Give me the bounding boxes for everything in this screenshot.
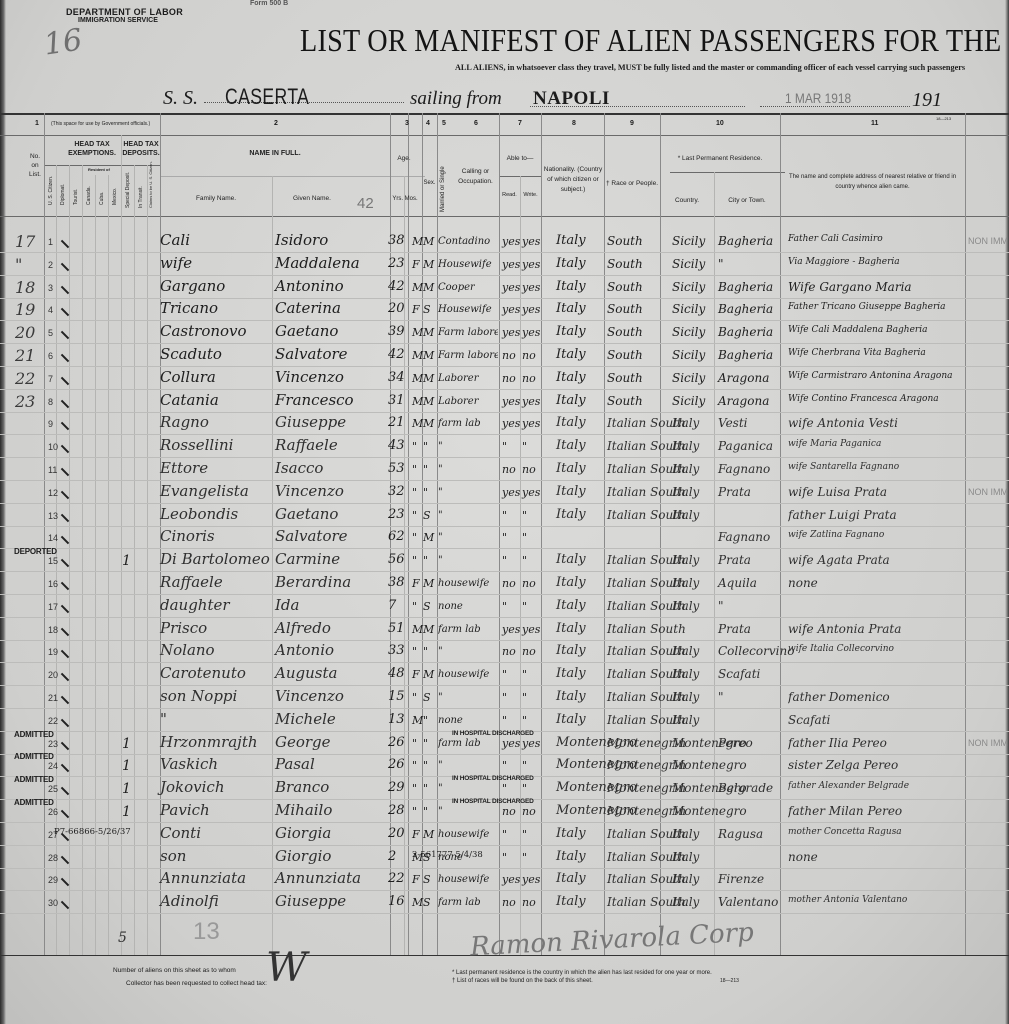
nationality-cell: Italy xyxy=(556,393,586,408)
write-cell: " xyxy=(522,782,527,795)
given-name-cell: George xyxy=(275,733,331,751)
occupation-cell: housewife xyxy=(438,874,489,885)
row-rule xyxy=(0,594,1009,595)
footnote-residence: * Last permanent residence is the countr… xyxy=(452,970,712,976)
given-name-cell: Vincenzo xyxy=(275,368,344,386)
row-rule xyxy=(0,434,1009,435)
check-mark-icon xyxy=(61,536,69,544)
nationality-cell: Italy xyxy=(556,415,586,430)
occupation-cell: Laborer xyxy=(438,396,479,407)
subcol-divider xyxy=(147,165,148,955)
sailing-label: sailing from xyxy=(410,88,502,110)
header-resident-of: Resident of xyxy=(88,167,110,172)
occupation-cell: Farm laborer xyxy=(438,350,498,361)
row-rule xyxy=(0,662,1009,663)
family-name-cell: Cali xyxy=(160,231,190,249)
country-cell: Italy xyxy=(672,667,699,681)
header-calling: Calling or Occupation. xyxy=(452,167,499,187)
age-cell: 62 xyxy=(388,529,405,544)
check-mark-icon xyxy=(61,308,69,316)
sex-cell: " xyxy=(412,691,417,704)
marital-status-cell: M xyxy=(423,349,434,362)
residence-split-rule xyxy=(670,172,785,173)
row-number: 24 xyxy=(48,761,58,771)
footer-count-line2: Collector has been requested to collect … xyxy=(126,980,267,987)
department-label: DEPARTMENT OF LABOR xyxy=(66,7,183,17)
row-number: 20 xyxy=(48,670,58,680)
header-yrs-mos: Yrs. Mos. xyxy=(388,196,422,202)
row-number: 14 xyxy=(48,533,58,543)
row-rule xyxy=(0,913,1009,914)
row-rule xyxy=(0,343,1009,344)
age-cell: 28 xyxy=(388,803,405,818)
marital-status-cell: S xyxy=(423,509,431,522)
write-cell: yes xyxy=(522,873,540,886)
row-number: 4 xyxy=(48,305,53,315)
header-claims-us-citizen: Claims to be U. S. Citizen. xyxy=(148,161,153,208)
marital-status-cell: " xyxy=(423,759,428,772)
list-number: 23 xyxy=(15,392,35,411)
nationality-cell: Italy xyxy=(556,324,586,339)
given-name-cell: Vincenzo xyxy=(275,482,344,500)
occupation-cell: Laborer xyxy=(438,373,479,384)
given-name-cell: Salvatore xyxy=(275,527,348,545)
race-cell: South xyxy=(607,257,643,271)
row-rule xyxy=(0,890,1009,891)
write-cell: yes xyxy=(522,623,540,636)
check-mark-icon xyxy=(61,491,69,499)
occupation-cell: Contadino xyxy=(438,236,490,247)
city-cell: " xyxy=(718,599,724,613)
nationality-cell: Italy xyxy=(556,894,586,909)
row-number: 8 xyxy=(48,397,53,407)
tax-mark: 1 xyxy=(122,758,131,774)
status-stamp: ADMITTED xyxy=(14,730,54,739)
country-cell: Montenegro xyxy=(672,758,747,772)
row-number: 1 xyxy=(48,237,53,247)
read-cell: " xyxy=(502,782,507,795)
given-name-cell: Mihailo xyxy=(275,801,332,819)
header-able-to: Able to— xyxy=(499,155,541,162)
row-rule xyxy=(0,868,1009,869)
list-number: 19 xyxy=(15,300,35,319)
read-cell: no xyxy=(502,896,516,909)
row-number: 25 xyxy=(48,784,58,794)
status-stamp: ADMITTED xyxy=(14,752,54,761)
write-cell: " xyxy=(522,851,527,864)
family-name-cell: " xyxy=(160,710,167,728)
read-cell: no xyxy=(502,577,516,590)
name-split-rule xyxy=(160,176,425,177)
race-cell: South xyxy=(607,371,643,385)
write-cell: yes xyxy=(522,326,540,339)
occupation-cell: " xyxy=(438,646,443,657)
row-number: 22 xyxy=(48,716,58,726)
occupation-cell: " xyxy=(438,760,443,771)
given-name-cell: Raffaele xyxy=(275,436,338,454)
occupation-cell: farm lab xyxy=(438,897,481,908)
read-cell: no xyxy=(502,349,516,362)
nationality-cell: Italy xyxy=(556,347,586,362)
read-cell: no xyxy=(502,645,516,658)
country-cell: Italy xyxy=(672,553,699,567)
occupation-cell: " xyxy=(438,464,443,475)
marital-status-cell: S xyxy=(423,873,431,886)
city-cell: Bagheria xyxy=(718,348,773,362)
relative-cell: Wife Carmistraro Antonina Aragona xyxy=(788,371,952,381)
sex-cell: M xyxy=(412,851,423,864)
marital-status-cell: S xyxy=(423,600,431,613)
age-cell: 23 xyxy=(388,507,405,522)
colnum-7: 7 xyxy=(518,120,522,127)
nationality-cell: Italy xyxy=(556,552,586,567)
write-cell: " xyxy=(522,714,527,727)
sex-cell: " xyxy=(412,486,417,499)
relative-cell: wife Santarella Fagnano xyxy=(788,462,899,472)
check-mark-icon xyxy=(61,263,69,271)
age-cell: 33 xyxy=(388,643,405,658)
given-name-cell: Giorgia xyxy=(275,824,331,842)
family-name-cell: Raffaele xyxy=(160,573,223,591)
row-rule xyxy=(0,320,1009,321)
list-number: 17 xyxy=(15,232,35,251)
form-number: Form 500 B xyxy=(250,0,288,7)
marital-status-cell: " xyxy=(423,782,428,795)
race-cell: South xyxy=(607,234,643,248)
sex-cell: " xyxy=(412,509,417,522)
row-number: 19 xyxy=(48,647,58,657)
age-cell: 2 xyxy=(388,849,396,864)
colnum-10: 10 xyxy=(716,120,724,127)
occupation-cell: Cooper xyxy=(438,282,475,293)
write-cell: " xyxy=(522,554,527,567)
list-number: 20 xyxy=(15,323,35,342)
city-cell: Prata xyxy=(718,622,751,636)
occupation-cell: " xyxy=(438,555,443,566)
scan-edge-right xyxy=(1005,0,1009,1024)
race-cell: South xyxy=(607,348,643,362)
write-cell: " xyxy=(522,759,527,772)
header-head-tax-deposits: HEAD TAX DEPOSITS. xyxy=(122,140,160,158)
occupation-cell: none xyxy=(438,601,463,612)
age-cell: 39 xyxy=(388,324,405,339)
read-cell: yes xyxy=(502,303,520,316)
header-sex: Sex. xyxy=(422,180,437,186)
city-cell: Collecorvino xyxy=(718,644,794,658)
country-cell: Italy xyxy=(672,416,699,430)
country-cell: Italy xyxy=(672,508,699,522)
row-number: 2 xyxy=(48,260,53,270)
check-mark-icon xyxy=(61,240,69,248)
col-divider xyxy=(965,113,966,955)
header-mexico: Mexico. xyxy=(112,188,118,205)
relative-cell: Father Tricano Giuseppe Bagheria xyxy=(788,302,946,312)
header-last-residence: * Last Permanent Residence. xyxy=(660,155,780,162)
nationality-cell: Italy xyxy=(556,484,586,499)
row-rule xyxy=(0,640,1009,641)
date-stamp: 1 MAR 1918 xyxy=(785,90,851,106)
age-cell: 48 xyxy=(388,666,405,681)
city-cell: Prata xyxy=(718,485,751,499)
occupation-cell: " xyxy=(438,441,443,452)
colnum-6: 6 xyxy=(474,120,478,127)
check-mark-icon xyxy=(61,810,69,818)
age-cell: 23 xyxy=(388,256,405,271)
city-cell: Bagheria xyxy=(718,234,773,248)
header-country: Country. xyxy=(660,197,714,204)
row-number: 29 xyxy=(48,875,58,885)
service-label: IMMIGRATION SERVICE xyxy=(78,17,158,24)
header-bottom-rule xyxy=(0,216,1009,217)
race-cell: South xyxy=(607,302,643,316)
sex-cell: M xyxy=(412,417,423,430)
family-name-cell: Carotenuto xyxy=(160,664,246,682)
country-cell: Italy xyxy=(672,485,699,499)
relative-cell: Father Cali Casimiro xyxy=(788,234,883,244)
header-age: Age. xyxy=(390,155,418,162)
colnum-1: 1 xyxy=(35,120,39,127)
country-cell: Sicily xyxy=(672,234,705,248)
non-immigrant-stamp: NON IMM xyxy=(968,738,1008,748)
relative-cell: mother Antonia Valentano xyxy=(788,895,907,905)
write-cell: yes xyxy=(522,737,540,750)
family-name-cell: wife xyxy=(160,254,192,272)
city-cell: " xyxy=(718,257,724,271)
write-cell: no xyxy=(522,349,536,362)
row-rule xyxy=(0,822,1009,823)
family-name-cell: Catania xyxy=(160,391,219,409)
colnum-11: 11 xyxy=(871,120,878,127)
port-name: NAPOLI xyxy=(533,88,610,110)
family-name-cell: Tricano xyxy=(160,299,218,317)
check-mark-icon xyxy=(61,422,69,430)
check-mark-icon xyxy=(61,696,69,704)
family-name-cell: Nolano xyxy=(160,641,215,659)
city-cell: Fagnano xyxy=(718,462,770,476)
status-stamp: ADMITTED xyxy=(14,798,54,807)
write-cell: yes xyxy=(522,417,540,430)
age-cell: 26 xyxy=(388,757,405,772)
row-number: 28 xyxy=(48,853,58,863)
read-cell: yes xyxy=(502,235,520,248)
page-subtitle: ALL ALIENS, in whatsoever class they tra… xyxy=(455,63,965,72)
non-immigrant-stamp: NON IMM xyxy=(968,487,1008,497)
relative-cell: wife Zatlina Fagnano xyxy=(788,530,884,540)
age-cell: 43 xyxy=(388,438,405,453)
country-cell: Italy xyxy=(672,576,699,590)
marital-status-cell: S xyxy=(423,303,431,316)
header-name-in-full: NAME IN FULL. xyxy=(160,150,390,157)
given-name-cell: Francesco xyxy=(275,391,354,409)
row-number: 5 xyxy=(48,328,53,338)
marital-status-cell: S xyxy=(423,691,431,704)
header-write: Write. xyxy=(520,192,541,198)
city-cell: Aragona xyxy=(718,394,769,408)
read-cell: " xyxy=(502,554,507,567)
given-name-cell: Isidoro xyxy=(275,231,328,249)
check-mark-icon xyxy=(61,513,69,521)
header-tourist: Tourist. xyxy=(73,189,79,205)
country-cell: Italy xyxy=(672,895,699,909)
scan-edge-left xyxy=(0,0,6,1024)
family-name-cell: Prisco xyxy=(160,619,207,637)
family-name-cell: son xyxy=(160,847,186,865)
write-cell: no xyxy=(522,896,536,909)
check-mark-icon xyxy=(61,285,69,293)
age-cell: 38 xyxy=(388,233,405,248)
given-name-cell: Isacco xyxy=(275,459,323,477)
row-rule xyxy=(0,571,1009,572)
family-name-cell: Collura xyxy=(160,368,216,386)
city-cell: Bagheria xyxy=(718,325,773,339)
row-rule xyxy=(0,252,1009,253)
marital-status-cell: " xyxy=(423,554,428,567)
header-in-transit: In Transit. xyxy=(138,186,144,208)
nationality-cell: Italy xyxy=(556,826,586,841)
age-cell: 42 xyxy=(388,279,405,294)
age-cell: 21 xyxy=(388,415,405,430)
subcol-divider xyxy=(134,165,135,955)
row-rule xyxy=(0,366,1009,367)
relative-cell: wife Luisa Prata xyxy=(788,485,887,499)
header-us-citizen: U. S. Citizen. xyxy=(48,176,54,205)
sex-cell: M xyxy=(412,326,423,339)
relative-cell: wife Agata Prata xyxy=(788,553,890,567)
check-mark-icon xyxy=(61,627,69,635)
row-number: 6 xyxy=(48,351,53,361)
relative-cell: Wife Gargano Maria xyxy=(788,280,912,294)
check-mark-icon xyxy=(61,673,69,681)
given-name-cell: Maddalena xyxy=(275,254,360,272)
country-cell: Sicily xyxy=(672,302,705,316)
read-cell: no xyxy=(502,805,516,818)
header-city: City or Town. xyxy=(714,197,780,204)
col-divider xyxy=(604,113,605,955)
read-cell: yes xyxy=(502,873,520,886)
col-divider xyxy=(541,113,542,955)
row-number: 9 xyxy=(48,419,53,429)
family-name-cell: Ragno xyxy=(160,413,209,431)
row-number: 11 xyxy=(48,465,57,475)
relative-cell: mother Concetta Ragusa xyxy=(788,827,902,837)
write-cell: yes xyxy=(522,281,540,294)
check-mark-icon xyxy=(61,582,69,590)
age-cell: 20 xyxy=(388,301,405,316)
row-rule xyxy=(0,503,1009,504)
city-cell: Bagheria xyxy=(718,302,773,316)
check-mark-icon xyxy=(61,331,69,339)
tax-mark: 1 xyxy=(122,781,131,797)
age-cell: 20 xyxy=(388,826,405,841)
marital-status-cell: " xyxy=(423,440,428,453)
nationality-cell: Italy xyxy=(556,438,586,453)
col-divider xyxy=(44,113,45,955)
given-name-cell: Giuseppe xyxy=(275,892,346,910)
write-cell: no xyxy=(522,372,536,385)
sex-cell: F xyxy=(412,828,420,841)
form-code-bottom: 18—213 xyxy=(720,978,739,984)
sex-cell: M xyxy=(412,372,423,385)
age-cell: 42 xyxy=(388,347,405,362)
relative-cell: none xyxy=(788,576,818,590)
occupation-cell: housewife xyxy=(438,829,489,840)
check-mark-icon xyxy=(61,650,69,658)
sex-cell: " xyxy=(412,600,417,613)
write-cell: " xyxy=(522,691,527,704)
family-name-cell: Annunziata xyxy=(160,869,246,887)
write-cell: no xyxy=(522,645,536,658)
age-cell: 51 xyxy=(388,621,405,636)
race-cell: South xyxy=(607,394,643,408)
colnum-9: 9 xyxy=(630,120,634,127)
family-name-cell: Pavich xyxy=(160,801,210,819)
check-mark-icon xyxy=(61,445,69,453)
country-cell: Sicily xyxy=(672,371,705,385)
read-cell: " xyxy=(502,600,507,613)
family-name-cell: Leobondis xyxy=(160,505,238,523)
nationality-cell: Italy xyxy=(556,621,586,636)
form-code-top: 18—213 xyxy=(936,116,951,121)
occupation-cell: " xyxy=(438,532,443,543)
row-number: 15 xyxy=(48,556,58,566)
age-cell: 26 xyxy=(388,735,405,750)
sex-cell: F xyxy=(412,577,420,590)
manifest-page: Form 500 B DEPARTMENT OF LABOR IMMIGRATI… xyxy=(0,0,1009,1024)
row-rule xyxy=(0,617,1009,618)
occupation-cell: " xyxy=(438,806,443,817)
age-cell: 7 xyxy=(388,598,396,613)
occupation-cell: none xyxy=(438,715,463,726)
check-mark-icon xyxy=(61,764,69,772)
year-prefix: 191 xyxy=(912,89,942,112)
relative-cell: none xyxy=(788,850,818,864)
occupation-cell: " xyxy=(438,510,443,521)
given-name-cell: Giorgio xyxy=(275,847,331,865)
header-cuba: Cuba. xyxy=(99,192,105,205)
marital-status-cell: S xyxy=(423,896,431,909)
sex-cell: F xyxy=(412,258,420,271)
header-race: † Race or People. xyxy=(604,180,660,187)
header-special-deposit: Special Deposit. xyxy=(125,172,131,208)
country-cell: Montenegro xyxy=(672,804,747,818)
marital-status-cell: M xyxy=(423,668,434,681)
check-mark-icon xyxy=(61,399,69,407)
family-name-cell: Conti xyxy=(160,824,201,842)
row-rule xyxy=(0,708,1009,709)
occupation-cell: Housewife xyxy=(438,304,492,315)
page-title: LIST OR MANIFEST OF ALIEN PASSENGERS FOR… xyxy=(300,22,1009,59)
city-cell: Fagnano xyxy=(718,530,770,544)
marital-status-cell: " xyxy=(423,805,428,818)
write-cell: " xyxy=(522,668,527,681)
sex-cell: " xyxy=(412,531,417,544)
subcol-divider xyxy=(714,172,715,955)
write-cell: " xyxy=(522,600,527,613)
family-name-cell: Castronovo xyxy=(160,322,247,340)
given-name-cell: Annunziata xyxy=(275,869,361,887)
relative-cell: Wife Contino Francesca Aragona xyxy=(788,394,939,404)
sex-cell: " xyxy=(412,440,417,453)
sex-cell: M xyxy=(412,623,423,636)
city-cell: Scafati xyxy=(718,667,760,681)
row-rule xyxy=(0,298,1009,299)
city-cell: Paganica xyxy=(718,439,773,453)
city-cell: " xyxy=(718,690,724,704)
write-cell: no xyxy=(522,577,536,590)
marital-status-cell: M xyxy=(423,395,434,408)
sex-cell: " xyxy=(412,759,417,772)
country-cell: Italy xyxy=(672,690,699,704)
